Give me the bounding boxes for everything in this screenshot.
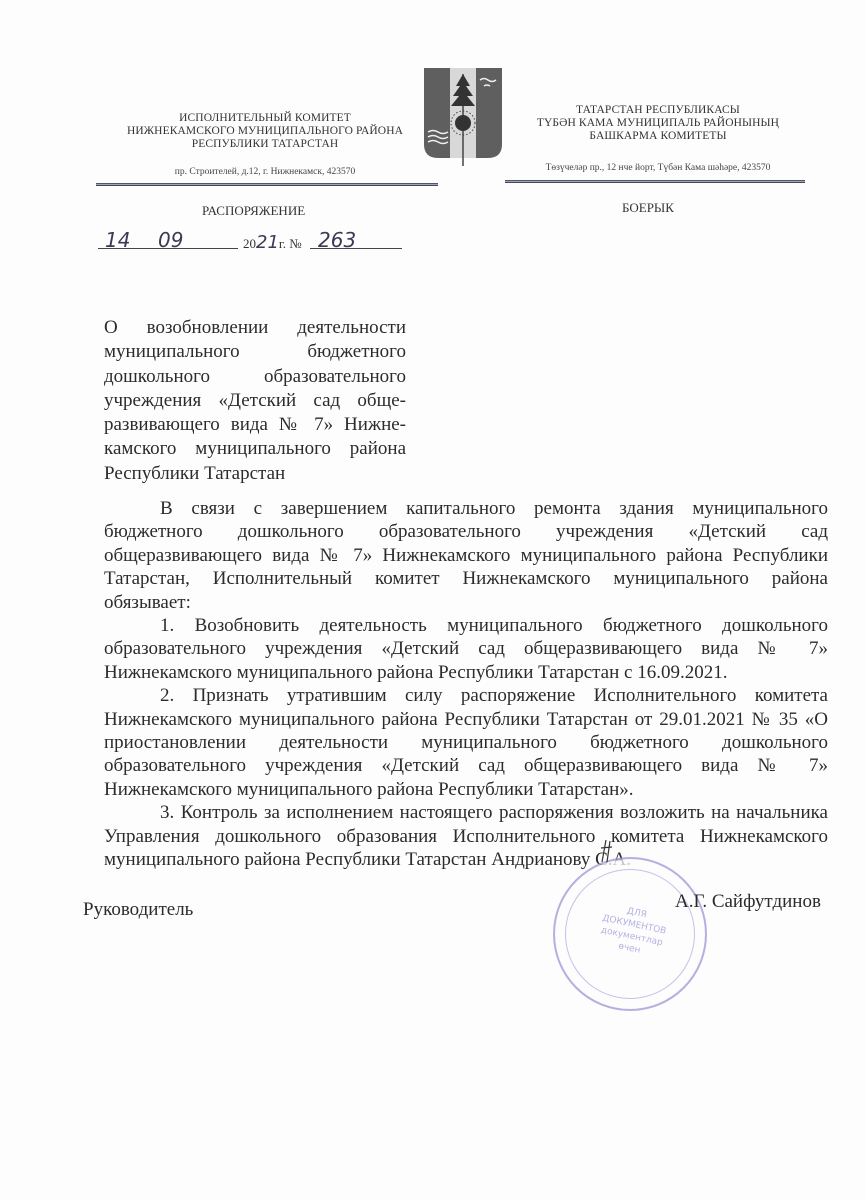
header-right-line-3: БАШКАРМА КОМИТЕТЫ [518,130,798,143]
header-left: ИСПОЛНИТЕЛЬНЫЙ КОМИТЕТ НИЖНЕКАМСКОГО МУН… [100,112,430,151]
body-item-1: 1. Возобновить деятельность муниципально… [104,614,828,684]
header-left-line-1: ИСПОЛНИТЕЛЬНЫЙ КОМИТЕТ [100,112,430,125]
document-type-ru: РАСПОРЯЖЕНИЕ [202,203,305,219]
handwritten-signature-icon [598,838,618,869]
title-line-1: О возобновлении деятельности [104,316,406,340]
body-item-3: 3. Контроль за исполнением настоящего ра… [104,801,828,871]
date-year-suffix: 21 [256,232,279,253]
title-line-5: развивающего вида № 7» Нижне- [104,413,406,437]
document-title: О возобновлении деятельности муниципальн… [104,316,406,486]
date-number-label: г. № [279,236,302,251]
stamp-text: ДЛЯ ДОКУМЕНТОВ документлар өчен [589,899,677,963]
header-right-line-1: ТАТАРСТАН РЕСПУБЛИКАСЫ [518,104,798,117]
official-stamp: ДЛЯ ДОКУМЕНТОВ документлар өчен [553,857,707,1011]
date-month: 09 [158,228,183,252]
header-right-line-2: ТҮБӘН КАМА МУНИЦИПАЛЬ РАЙОНЫНЫҢ [518,117,798,130]
title-line-7: Республики Татарстан [104,462,406,486]
signature-position: Руководитель [83,898,193,921]
date-year: 2021г. № [243,232,302,253]
body-intro: В связи с завершением капитального ремон… [104,497,828,614]
title-line-3: дошкольного образовательного [104,365,406,389]
header-left-address: пр. Строителей, д.12, г. Нижнекамск, 423… [100,167,430,177]
header-left-line-3: РЕСПУБЛИКИ ТАТАРСТАН [100,138,430,151]
document-body: В связи с завершением капитального ремон… [104,497,828,872]
coat-of-arms-emblem-icon [420,66,506,168]
date-year-prefix: 20 [243,236,256,251]
header-divider-right [505,180,805,183]
body-item-2: 2. Признать утратившим силу распоряжение… [104,684,828,801]
date-day: 14 [105,228,130,252]
document-type-tt: БОЕРЫК [622,200,674,216]
header-right-address: Төзүчеләр пр., 12 нче йорт, Түбән Кама ш… [518,163,798,173]
header-right: ТАТАРСТАН РЕСПУБЛИКАСЫ ТҮБӘН КАМА МУНИЦИ… [518,104,798,143]
document-number: 263 [318,228,356,252]
title-line-2: муниципального бюджетного [104,340,406,364]
title-line-4: учреждения «Детский сад обще- [104,389,406,413]
signature-name: А.Г. Сайфутдинов [675,890,821,913]
header-divider-left [96,183,438,186]
header-left-line-2: НИЖНЕКАМСКОГО МУНИЦИПАЛЬНОГО РАЙОНА [100,125,430,138]
title-line-6: камского муниципального района [104,437,406,461]
